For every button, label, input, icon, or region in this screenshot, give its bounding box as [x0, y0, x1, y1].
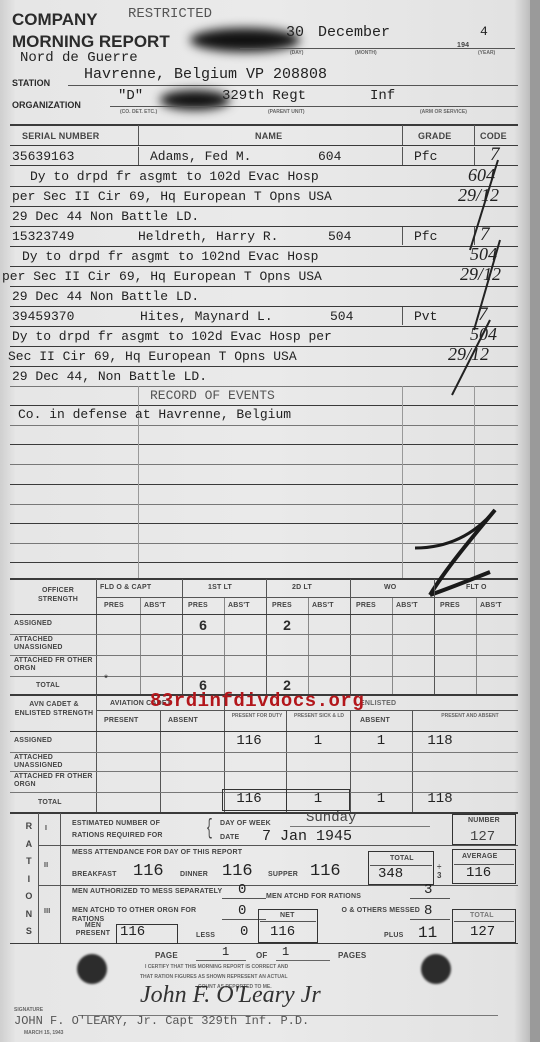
- grand-total-label: TOTAL: [470, 912, 494, 919]
- underline: [290, 826, 430, 827]
- divider: [10, 124, 518, 126]
- classification-stamp: RESTRICTED: [128, 6, 212, 22]
- officer-group-wo: WO: [384, 584, 396, 591]
- estimated-rations-label-2: RATIONS REQUIRED FOR: [72, 832, 163, 839]
- subcol-abst: ABS'T: [228, 602, 250, 609]
- remark-line: Dy to drpd fr asgmt to 102nd Evac Hosp: [22, 249, 318, 264]
- rule-line: [10, 655, 518, 656]
- subcol-abst: ABS'T: [312, 602, 334, 609]
- row-label-assigned: ASSIGNED: [14, 620, 52, 627]
- serial-number: 35639163: [12, 149, 74, 164]
- day-of-week-label: DAY OF WEEK: [220, 820, 271, 827]
- station-label: STATION: [12, 78, 50, 88]
- date-value: 7 Jan 1945: [262, 828, 352, 845]
- col-divider: [308, 598, 309, 694]
- rule-line: [38, 845, 518, 846]
- of-label: OF: [256, 951, 268, 960]
- grand-total-value: 127: [470, 924, 495, 940]
- less-label: LESS: [196, 932, 215, 939]
- punch-hole: [77, 954, 107, 984]
- col-enlisted-absent: ABSENT: [360, 717, 390, 724]
- net-label: NET: [280, 912, 295, 919]
- morning-report-form: COMPANY RESTRICTED MORNING REPORT 30 Dec…: [0, 0, 530, 1042]
- form-date: MARCH 15, 1943: [24, 1030, 63, 1036]
- report-month: December: [318, 24, 390, 41]
- subcol-abst: ABS'T: [480, 602, 502, 609]
- col-divider: [140, 598, 141, 694]
- col-divider: [138, 125, 139, 145]
- rule-line: [454, 921, 514, 922]
- page-label: PAGE: [155, 951, 178, 960]
- row-label-attached-unassigned: ATTACHED UNASSIGNED: [14, 754, 94, 770]
- total-label: TOTAL: [390, 855, 414, 862]
- subcol-abst: ABS'T: [144, 602, 166, 609]
- rule-line: [10, 771, 518, 772]
- col-aviation-absent: ABSENT: [168, 717, 198, 724]
- brace: {: [206, 816, 213, 841]
- organization-parent: 329th Regt: [222, 88, 306, 104]
- rule-line: [10, 812, 518, 814]
- form-title-company: COMPANY: [12, 10, 98, 30]
- date-underline: [240, 48, 515, 49]
- subcol-pres: PRES: [356, 602, 376, 609]
- remark-line: Sec II Cir 69, Hq European T Opns USA: [8, 349, 297, 364]
- rule-line: [10, 943, 518, 944]
- rule-line: [10, 614, 518, 615]
- breakfast-label: BREAKFAST: [72, 871, 117, 878]
- section-i-number: I: [45, 825, 47, 832]
- org-caption-arm: (ARM OR SERVICE): [420, 109, 467, 115]
- officer-group-fld-o-capt: FLD O & CAPT: [100, 584, 151, 591]
- col-present-and-absent: PRESENT AND ABSENT: [430, 713, 510, 719]
- col-divider: [138, 147, 139, 165]
- punch-hole: [421, 954, 451, 984]
- soldier-mos: 504: [328, 229, 351, 244]
- total-value: 348: [378, 866, 403, 882]
- certify-line-1: I CERTIFY THAT THIS MORNING REPORT IS CO…: [145, 964, 288, 970]
- report-day: 30: [286, 24, 304, 41]
- watermark: 83rdinfdivdocs.org: [150, 690, 364, 712]
- handwritten-initial-mark: [400, 500, 510, 600]
- rule-line: [10, 405, 518, 406]
- station-value: Havrenne, Belgium VP 208808: [84, 66, 327, 83]
- day-of-week-value: Sunday: [306, 810, 356, 826]
- rule-line: [10, 444, 518, 445]
- breakfast-value: 116: [133, 862, 164, 881]
- report-year: 4: [480, 24, 488, 39]
- serial-number: 39459370: [12, 309, 74, 324]
- col-header-name: NAME: [255, 131, 282, 141]
- men-present-label: MEN PRESENT: [72, 922, 114, 938]
- col-aviation-present: PRESENT: [104, 717, 138, 724]
- plus-value: 11: [418, 924, 437, 942]
- total-absent: 1: [350, 791, 412, 807]
- estimated-rations-label-1: ESTIMATED NUMBER OF: [72, 820, 160, 827]
- subcol-pres: PRES: [188, 602, 208, 609]
- average-value: 116: [466, 865, 491, 881]
- rule-line: [10, 676, 518, 677]
- remark-line: 29 Dec 44 Non Battle LD.: [12, 289, 199, 304]
- row-label-attached-other: ATTACHED FR OTHER ORGN: [14, 657, 94, 673]
- rule-line: [10, 425, 518, 426]
- row-label-attached-unassigned: ATTACHED UNASSIGNED: [14, 636, 94, 652]
- signature-label: SIGNATURE: [14, 1007, 43, 1013]
- underline: [410, 919, 450, 920]
- officer-group-flt-o: FLT O: [466, 584, 487, 591]
- year-caption: (YEAR): [478, 50, 495, 56]
- org-caption-co: (CO. DET. ETC.): [120, 109, 157, 115]
- row-label-attached-other: ATTACHED FR OTHER ORGN: [14, 773, 94, 789]
- supper-label: SUPPER: [268, 871, 298, 878]
- organization-company: "D": [118, 88, 143, 104]
- total-present-and-absent: 118: [412, 791, 468, 807]
- soldier-name: Hites, Maynard L.: [140, 309, 273, 324]
- typed-name: JOHN F. O'LEARY, Jr. Capt 329th Inf. P.D…: [14, 1014, 309, 1028]
- record-of-events-text: Co. in defense at Havrenne, Belgium: [18, 407, 291, 422]
- o-others-value: 8: [424, 903, 432, 919]
- subcol-abst: ABS'T: [396, 602, 418, 609]
- soldier-name: Heldreth, Harry R.: [138, 229, 278, 244]
- assigned-present-sick: 1: [286, 733, 350, 749]
- average-label: AVERAGE: [462, 853, 498, 860]
- date-label: DATE: [220, 834, 239, 841]
- rule-line: [10, 634, 518, 635]
- subcol-pres: PRES: [104, 602, 124, 609]
- serial-number: 15323749: [12, 229, 74, 244]
- rule-line: [260, 921, 316, 922]
- plus-label: PLUS: [384, 932, 403, 939]
- remark-line: 29 Dec 44, Non Battle LD.: [12, 369, 207, 384]
- col-divider: [96, 695, 97, 813]
- subcol-pres: PRES: [272, 602, 292, 609]
- rule-line: [96, 597, 518, 598]
- station-underline: [68, 85, 518, 86]
- supper-value: 116: [310, 862, 341, 881]
- col-divider: [476, 598, 477, 694]
- underline: [410, 898, 450, 899]
- row-label-assigned: ASSIGNED: [14, 737, 52, 744]
- total-fld-o-pres: *: [96, 675, 116, 686]
- col-divider: [402, 147, 403, 165]
- redaction-mark: [160, 90, 230, 110]
- handwritten-slash-marks: [430, 140, 530, 400]
- number-label: NUMBER: [468, 817, 500, 824]
- atchd-for-rations-label: MEN ATCHD FOR RATIONS: [266, 893, 361, 900]
- rule-line: [10, 484, 518, 485]
- underline: [196, 960, 246, 961]
- underline: [276, 960, 330, 961]
- form-title-morning-report: MORNING REPORT: [12, 32, 170, 52]
- soldier-mos: 504: [330, 309, 353, 324]
- rations-side-label: RATIONS: [24, 818, 34, 941]
- page-count: 1: [282, 945, 289, 959]
- atchd-for-rations-value: 3: [424, 882, 432, 898]
- soldier-name: Adams, Fed M.: [150, 149, 251, 164]
- pages-label: PAGES: [338, 951, 366, 960]
- col-divider: [392, 598, 393, 694]
- net-value: 116: [270, 924, 295, 940]
- col-present-for-duty: PRESENT FOR DUTY: [230, 713, 284, 719]
- remark-line: per Sec II Cir 69, Hq European T Opns US…: [2, 269, 322, 284]
- record-of-events-title: RECORD OF EVENTS: [150, 388, 275, 403]
- page-number: 1: [222, 945, 229, 959]
- rule-line: [38, 885, 518, 886]
- dinner-value: 116: [222, 862, 253, 881]
- remark-line: Dy to drpd fr asgmt to 102d Evac Hosp pe…: [12, 329, 332, 344]
- signature-script: John F. O'Leary Jr: [140, 982, 321, 1009]
- month-caption: (MONTH): [355, 50, 377, 56]
- nom-de-guerre: Nord de Guerre: [20, 50, 138, 66]
- atchd-other-orgn-value: 0: [238, 903, 246, 919]
- organization-label: ORGANIZATION: [12, 100, 81, 110]
- col-present-sick: PRESENT SICK & LD: [290, 713, 348, 719]
- soldier-mos: 604: [318, 149, 341, 164]
- total-present-for-duty: 116: [224, 791, 274, 807]
- mess-attendance-title: MESS ATTENDANCE FOR DAY OF THIS REPORT: [72, 849, 242, 856]
- col-divider: [224, 598, 225, 694]
- o-others-label: O & OTHERS MESSED: [340, 906, 420, 915]
- men-present-value: 116: [120, 924, 145, 940]
- rule-line: [10, 464, 518, 465]
- organization-underline: [110, 106, 518, 107]
- col-header-serial: SERIAL NUMBER: [22, 131, 99, 141]
- number-value: 127: [470, 829, 495, 845]
- remark-line: Dy to drpd fr asgmt to 102d Evac Hosp: [30, 169, 319, 184]
- remark-line: per Sec II Cir 69, Hq European T Opns US…: [12, 189, 332, 204]
- col-divider: [38, 813, 39, 943]
- officer-strength-title: OFFICER STRENGTH: [28, 586, 88, 604]
- assigned-1st-lt-pres: 6: [182, 617, 224, 633]
- org-caption-parent: (PARENT UNIT): [268, 109, 305, 115]
- assigned-absent: 1: [350, 733, 412, 749]
- row-label-total: TOTAL: [38, 799, 62, 806]
- col-divider: [402, 227, 403, 245]
- mess-separately-value: 0: [238, 882, 246, 898]
- section-ii-number: II: [44, 862, 48, 869]
- less-value: 0: [240, 924, 248, 940]
- row-label-total: TOTAL: [36, 682, 60, 689]
- col-divider: [160, 710, 161, 813]
- rule-line: [10, 731, 518, 732]
- remark-line: 29 Dec 44 Non Battle LD.: [12, 209, 199, 224]
- certify-line-2: THAT RATION FIGURES AS SHOWN REPRESENT A…: [140, 974, 288, 980]
- day-caption: (DAY): [290, 50, 303, 56]
- assigned-2d-lt-pres: 2: [266, 617, 308, 633]
- dinner-label: DINNER: [180, 871, 208, 878]
- col-divider: [402, 307, 403, 325]
- section-iii-number: III: [44, 908, 50, 915]
- divide-by: ÷ 3: [437, 862, 447, 880]
- total-present-sick: 1: [286, 791, 350, 807]
- assigned-present-for-duty: 116: [224, 733, 274, 749]
- underline: [222, 898, 266, 899]
- enlisted-label: ENLISTED: [360, 700, 396, 707]
- officer-group-1st-lt: 1ST LT: [208, 584, 232, 591]
- rule-line: [10, 752, 518, 753]
- assigned-present-and-absent: 118: [412, 733, 468, 749]
- subcol-pres: PRES: [440, 602, 460, 609]
- mess-separately-label: MEN AUTHORIZED TO MESS SEPARATELY: [72, 887, 232, 896]
- enlisted-strength-title: AVN CADET & ENLISTED STRENGTH: [14, 700, 94, 718]
- col-divider: [60, 813, 61, 943]
- col-divider: [402, 125, 403, 145]
- officer-group-2d-lt: 2D LT: [292, 584, 312, 591]
- organization-arm: Inf: [370, 88, 395, 104]
